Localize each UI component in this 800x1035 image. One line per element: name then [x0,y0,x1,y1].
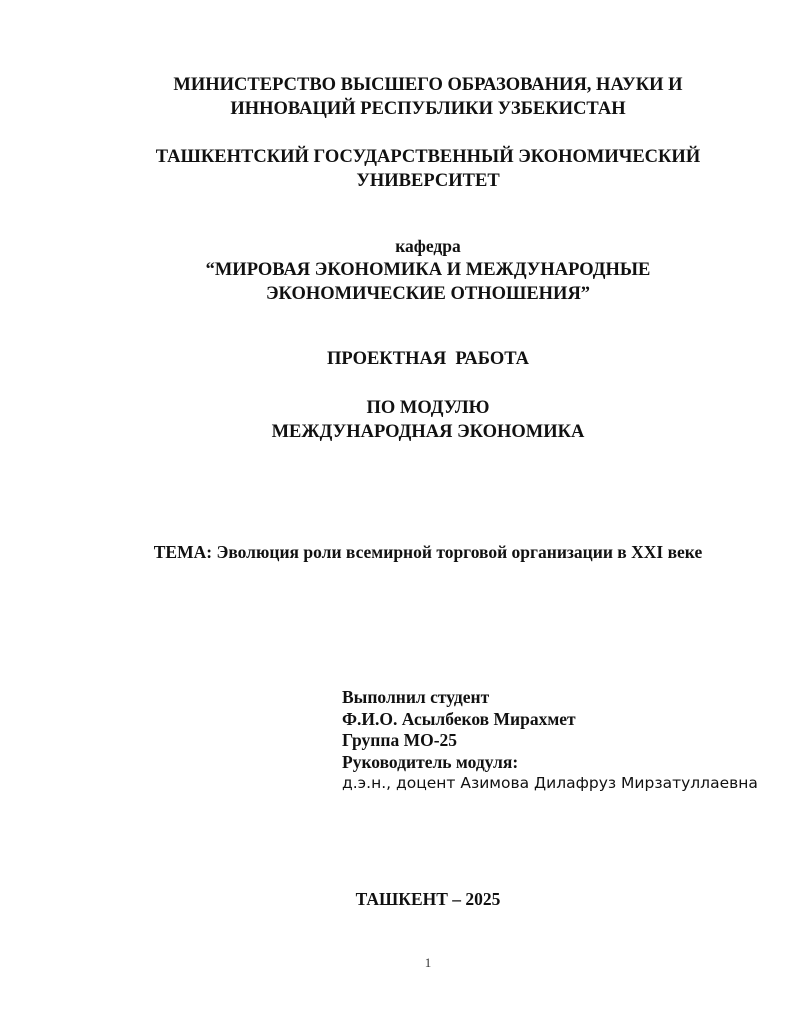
department-label: кафедра [0,234,800,258]
department-heading: кафедра “МИРОВАЯ ЭКОНОМИКА И МЕЖДУНАРОДН… [0,234,800,306]
ministry-line-2: ИННОВАЦИЙ РЕСПУБЛИКИ УЗБЕКИСТАН [0,97,800,121]
city-year: ТАШКЕНТ – 2025 [0,887,800,911]
page-number: 1 [0,955,800,971]
module-line-1: ПО МОДУЛЮ [0,396,800,420]
module-line-2: МЕЖДУНАРОДНАЯ ЭКОНОМИКА [0,420,800,444]
ministry-line-1: МИНИСТЕРСТВО ВЫСШЕГО ОБРАЗОВАНИЯ, НАУКИ … [0,73,800,97]
supervisor-label: Руководитель модуля: [342,752,758,774]
department-line-1: “МИРОВАЯ ЭКОНОМИКА И МЕЖДУНАРОДНЫЕ [0,258,800,282]
topic-text: ТЕМА: Эволюция роли всемирной торговой о… [0,540,800,564]
student-name: Ф.И.О. Асылбеков Мирахмет [342,709,758,731]
module-heading: ПО МОДУЛЮ МЕЖДУНАРОДНАЯ ЭКОНОМИКА [0,396,800,444]
university-heading: ТАШКЕНТСКИЙ ГОСУДАРСТВЕННЫЙ ЭКОНОМИЧЕСКИ… [0,145,800,193]
completed-by-label: Выполнил студент [342,687,758,709]
university-line-2: УНИВЕРСИТЕТ [0,169,800,193]
student-group: Группа МО-25 [342,730,758,752]
topic-heading: ТЕМА: Эволюция роли всемирной торговой о… [0,540,800,564]
department-line-2: ЭКОНОМИЧЕСКИЕ ОТНОШЕНИЯ” [0,282,800,306]
university-line-1: ТАШКЕНТСКИЙ ГОСУДАРСТВЕННЫЙ ЭКОНОМИЧЕСКИ… [0,145,800,169]
city-year-text: ТАШКЕНТ – 2025 [0,887,800,911]
document-page: МИНИСТЕРСТВО ВЫСШЕГО ОБРАЗОВАНИЯ, НАУКИ … [0,0,800,1035]
supervisor-name: д.э.н., доцент Азимова Дилафруз Мирзатул… [342,773,758,795]
ministry-heading: МИНИСТЕРСТВО ВЫСШЕГО ОБРАЗОВАНИЯ, НАУКИ … [0,73,800,121]
author-info: Выполнил студент Ф.И.О. Асылбеков Мирахм… [342,687,758,795]
project-title: ПРОЕКТНАЯ РАБОТА [0,347,800,371]
project-title-text: ПРОЕКТНАЯ РАБОТА [0,347,800,371]
